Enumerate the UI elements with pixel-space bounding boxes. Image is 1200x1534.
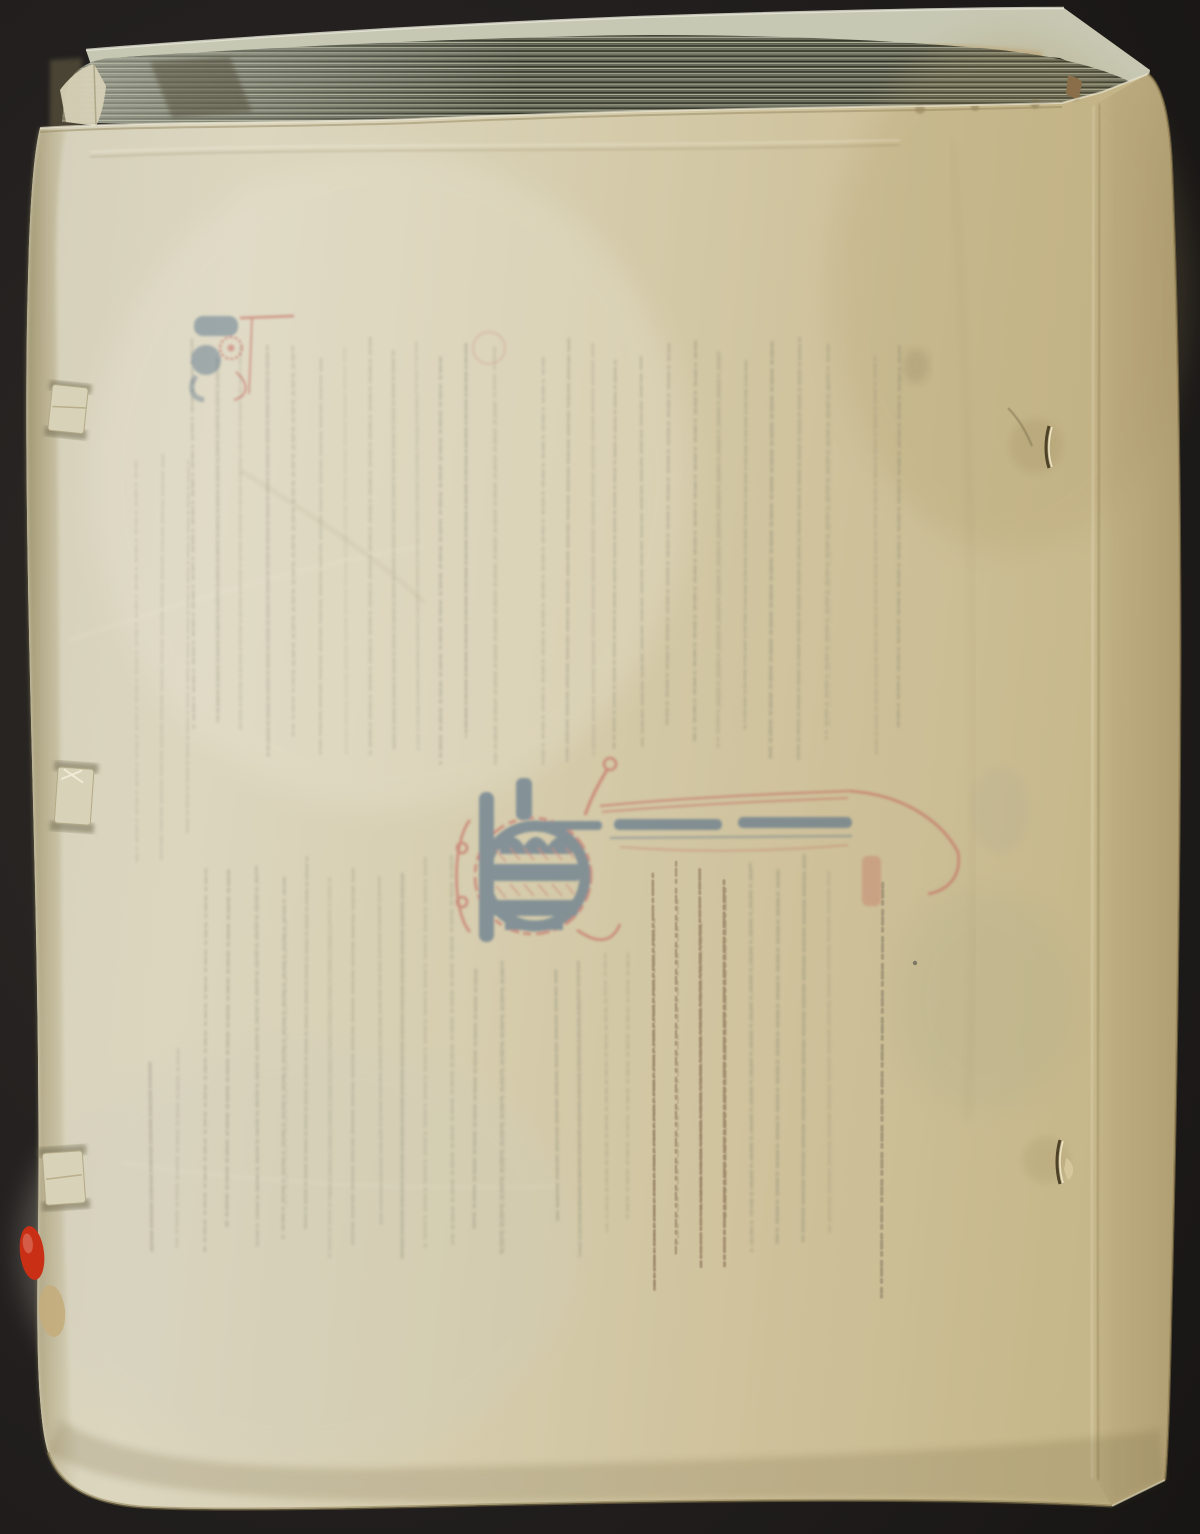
show-through-text-line [770, 343, 772, 758]
cover-light-zone [90, 150, 690, 810]
show-through-text-line [829, 873, 830, 1232]
cover-green-blotch [895, 890, 1075, 1110]
show-through-text-line [393, 352, 394, 752]
sewing-support-tab [44, 380, 92, 440]
show-through-text-line [718, 352, 719, 746]
pinhole-mark [913, 961, 917, 965]
tie-slit-upper [1009, 419, 1063, 473]
show-through-text-line [187, 461, 188, 836]
show-through-text-line [345, 349, 347, 753]
show-through-text-line [495, 348, 496, 764]
manuscript-photo [0, 0, 1200, 1534]
show-through-text-line [627, 954, 628, 1223]
show-through-text-line [474, 970, 476, 1228]
show-through-text-line [799, 338, 800, 761]
show-through-text-line [136, 462, 137, 864]
show-through-text-line [150, 1063, 152, 1251]
show-through-text-line [593, 344, 594, 753]
show-through-text-line [205, 869, 206, 1251]
fore-edge-strip [1096, 74, 1180, 1506]
manuscript-photo-canvas [0, 0, 1200, 1534]
show-through-text-line [695, 342, 696, 741]
sewing-support-tab [38, 1144, 90, 1211]
show-through-text-line [217, 359, 218, 722]
show-through-text-line [882, 883, 883, 1297]
show-through-text-line [803, 856, 804, 1241]
show-through-text-line [875, 357, 876, 756]
show-through-text-line [320, 359, 321, 754]
show-through-text-line [353, 870, 354, 1244]
show-through-text-line [501, 962, 502, 1253]
manuscript-book [17, 8, 1190, 1509]
lower-cover [20, 30, 1190, 1509]
cover-green-zone [20, 1040, 580, 1460]
show-through-text-line [724, 881, 725, 1266]
show-through-text-line [667, 344, 669, 725]
show-through-text-line [161, 455, 163, 860]
